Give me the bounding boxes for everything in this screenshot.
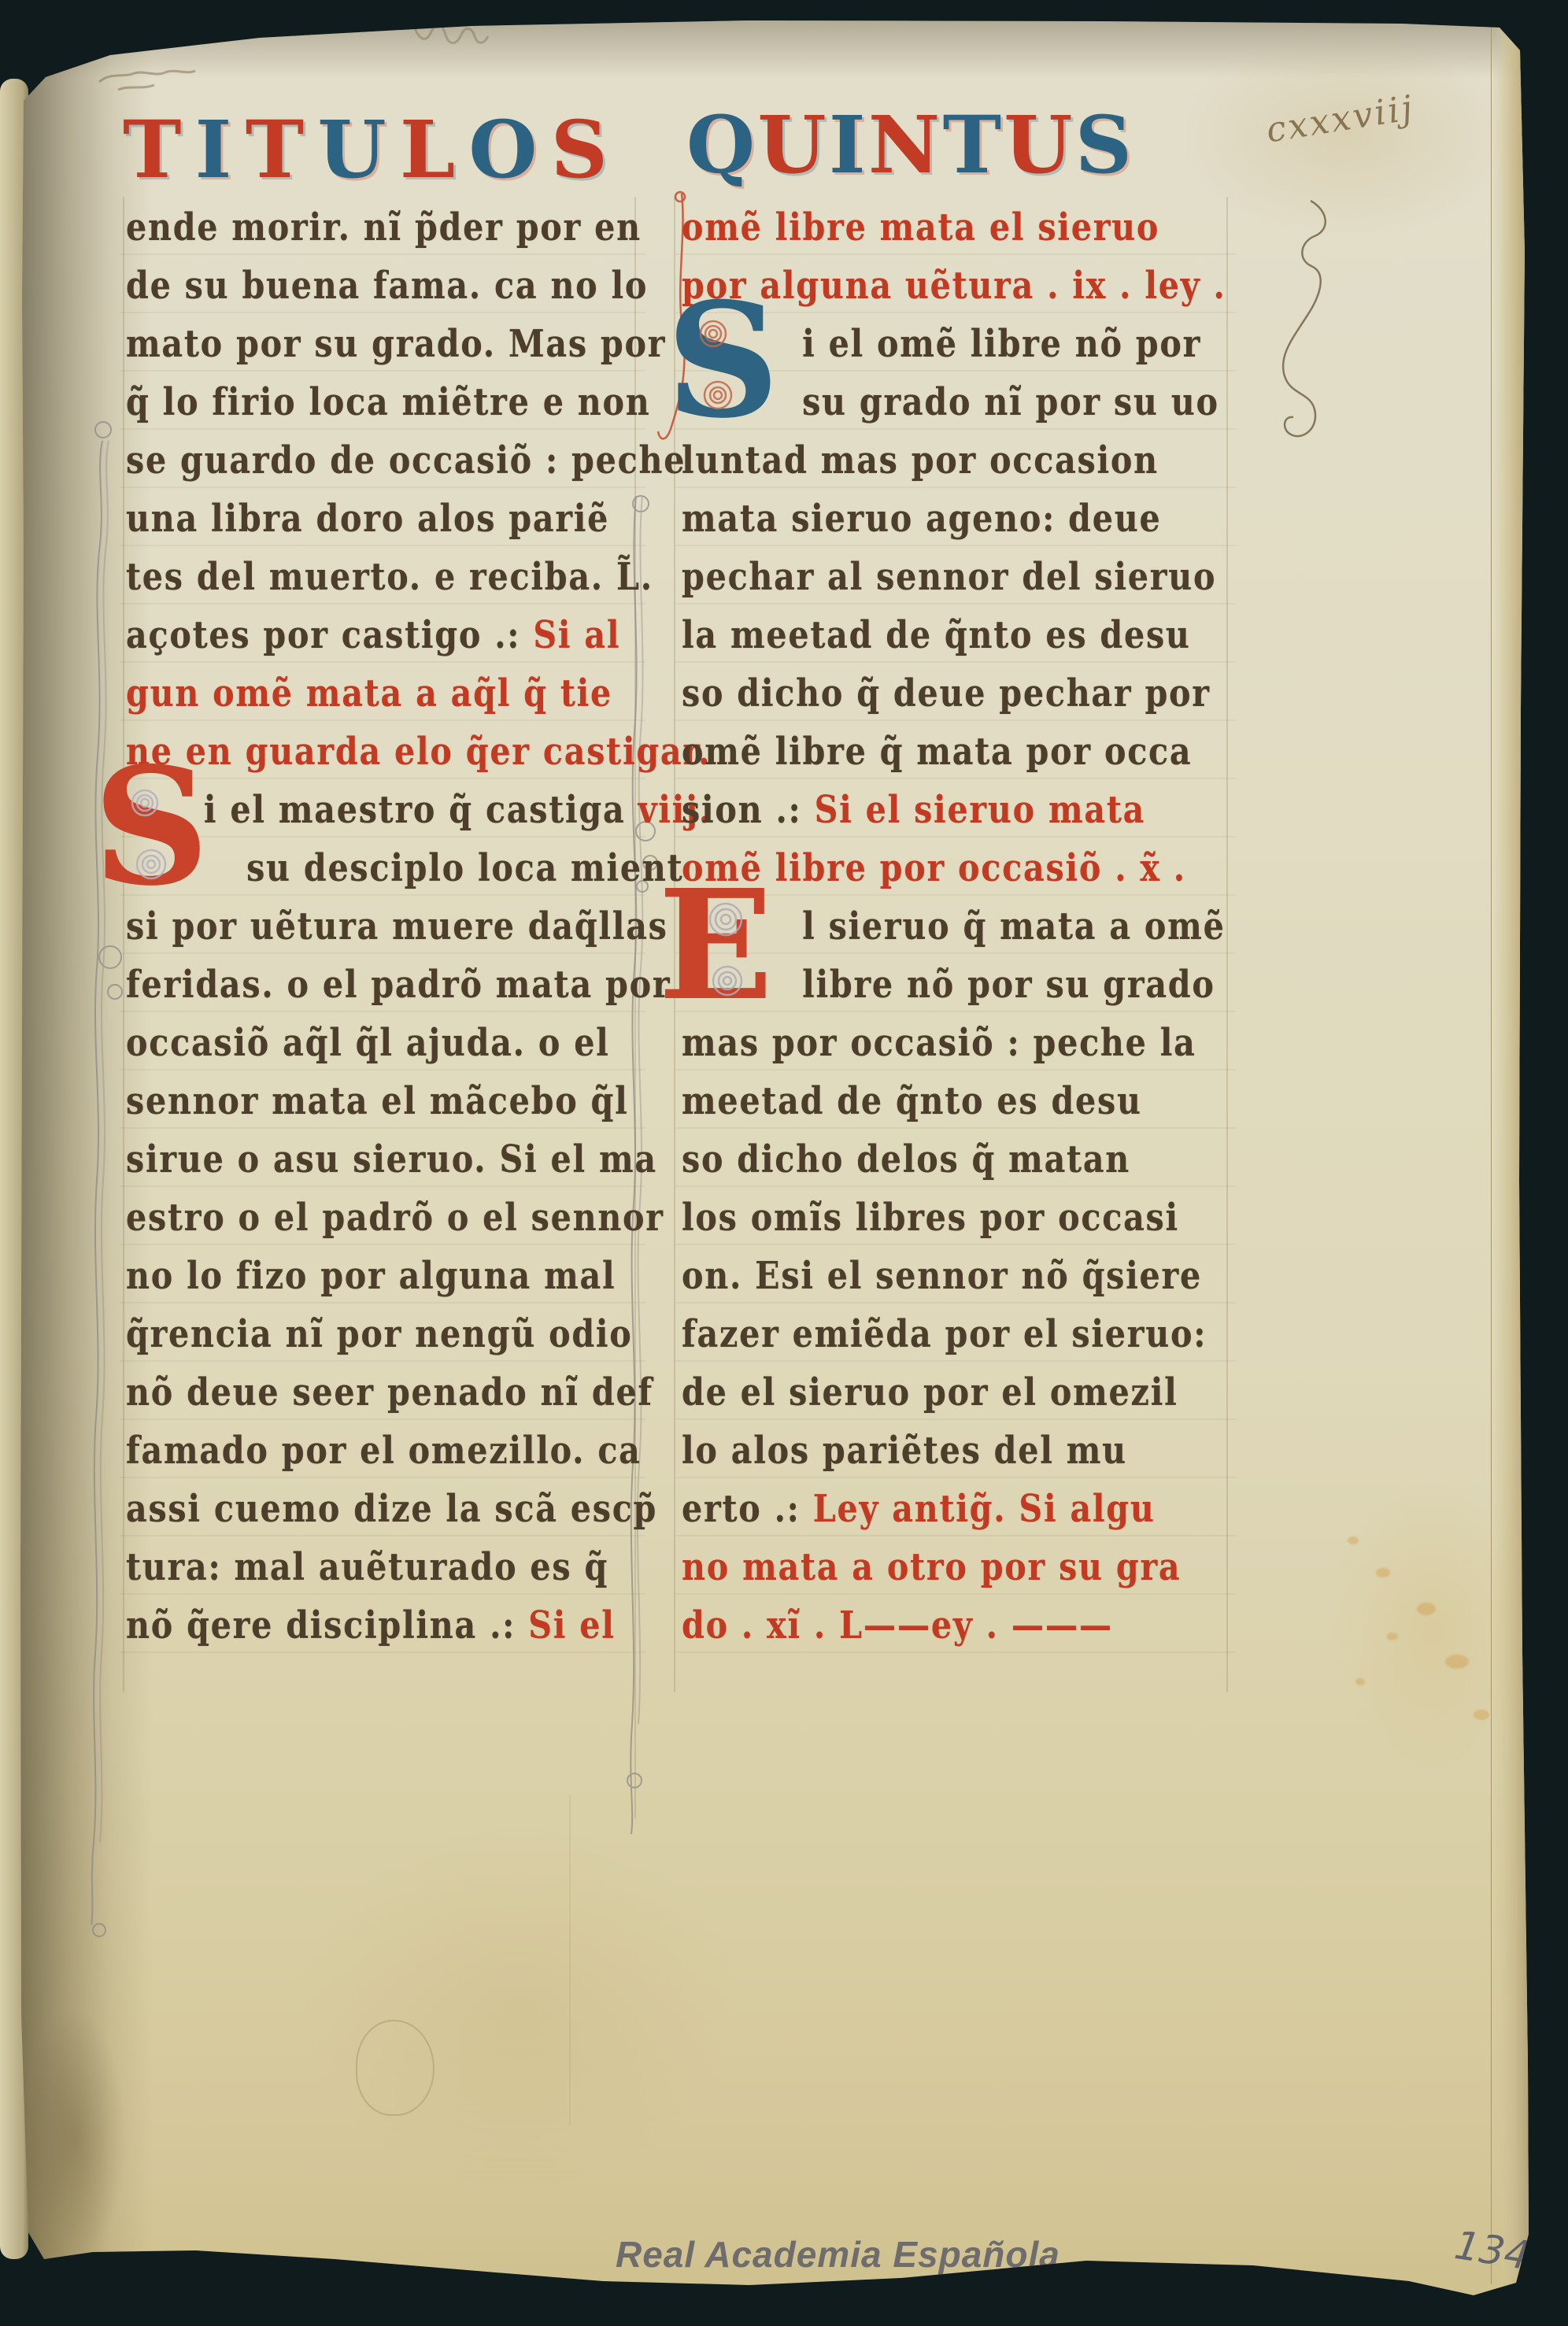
body-text: se guardo de occasiõ : peche — [126, 438, 686, 483]
text-line: erto .: Ley antig̃. Si algu — [682, 1480, 1231, 1538]
text-line: no mata a otro por su gra — [682, 1538, 1231, 1596]
body-text: sirue o asu sieruo. Si el ma — [126, 1137, 657, 1181]
lombardic-letter: U — [757, 101, 826, 189]
text-line: la meetad de q̃nto es desu — [682, 606, 1231, 664]
parchment-page: TITULOS QUINTUS cxxxviij S S — [0, 0, 1568, 2326]
text-line: fazer emiẽda por el sieruo: — [682, 1305, 1231, 1363]
text-line: q̃ lo firio loca miẽtre e non — [126, 373, 641, 431]
text-line: omẽ libre mata el sieruo — [682, 198, 1231, 257]
lombardic-letter: I — [829, 101, 866, 189]
text-line: q̃rencia nĩ por nengũ odio — [126, 1305, 641, 1363]
rubric-text: gun omẽ mata a aq̃l q̃ tie — [126, 671, 612, 716]
body-text: la meetad de q̃nto es desu — [682, 613, 1191, 657]
text-line: pechar al sennor del sieruo — [682, 548, 1231, 606]
body-text: de su buena fama. ca no lo — [126, 264, 648, 308]
body-text: sion .: — [682, 788, 815, 832]
text-line: so dicho q̃ deue pechar por — [682, 664, 1231, 723]
lombardic-letter: Q — [686, 101, 755, 189]
body-text: i el maestro q̃ castiga — [204, 788, 638, 832]
faint-scribble-top-center — [415, 25, 488, 43]
lombardic-letter: S — [1075, 101, 1132, 189]
body-text: on. Esi el sennor nõ q̃siere — [682, 1254, 1202, 1298]
body-text: mato por su grado. Mas por — [126, 322, 666, 366]
rubric-text: do . xĩ . L——ey . ——— — [682, 1603, 1113, 1647]
text-line: de su buena fama. ca no lo — [126, 257, 641, 315]
running-title-left: TITULOS — [123, 105, 608, 194]
rubric-text: no mata a otro por su gra — [682, 1545, 1181, 1589]
text-line: gun omẽ mata a aq̃l q̃ tie — [126, 664, 641, 723]
text-line: de el sieruo por el omezil — [682, 1363, 1231, 1422]
text-line: nõ deue seer penado nĩ def — [126, 1363, 641, 1422]
rubric-text: Si el sieruo mata — [815, 788, 1146, 832]
text-line: estro o el padrõ o el sennor — [126, 1189, 641, 1247]
lombardic-letter: I — [195, 105, 232, 194]
text-line: ende morir. nĩ p̃der por en — [126, 198, 641, 257]
rubric-text: Ley antig̃. Si algu — [813, 1487, 1156, 1531]
text-line: mata sieruo ageno: deue — [682, 490, 1231, 548]
text-line: tura: mal auẽturado es q̃ — [126, 1538, 641, 1596]
body-text: q̃ lo firio loca miẽtre e non — [126, 380, 651, 424]
rubric-text: Si al — [533, 613, 620, 657]
lombardic-letter: T — [943, 101, 1001, 189]
text-line: una libra doro alos pariẽ — [126, 490, 641, 548]
body-text: so dicho q̃ deue pechar por — [682, 671, 1211, 716]
text-line: sion .: Si el sieruo mata — [682, 781, 1231, 839]
initial-letter: E — [658, 857, 773, 1034]
text-line: se guardo de occasiõ : peche — [126, 431, 641, 490]
body-text: tura: mal auẽturado es q̃ — [126, 1545, 608, 1589]
lombardic-letter: U — [317, 105, 386, 194]
text-line: sirue o asu sieruo. Si el ma — [126, 1130, 641, 1189]
body-text: assi cuemo dize la scã escp̃ — [126, 1487, 657, 1531]
illuminated-initial-s-right: S — [666, 293, 779, 430]
rubric-text: omẽ libre mata el sieruo — [682, 205, 1159, 250]
body-text: l sieruo q̃ mata a omẽ — [802, 904, 1225, 949]
lombardic-letter: U — [1004, 101, 1072, 189]
body-text: açotes por castigo .: — [126, 613, 533, 657]
body-text: tes del muerto. e reciba. L̃. — [126, 555, 653, 599]
rubric-text: ne en guarda elo q̃er castigar. — [126, 730, 711, 774]
body-text: una libra doro alos pariẽ — [126, 497, 609, 541]
body-text: q̃rencia nĩ por nengũ odio — [126, 1312, 633, 1356]
left-margin-filigree — [91, 422, 122, 1936]
body-text: pechar al sennor del sieruo — [682, 555, 1216, 599]
text-line: meetad de q̃nto es desu — [682, 1072, 1231, 1130]
body-text: nõ deue seer penado nĩ def — [126, 1370, 653, 1414]
text-line: omẽ libre q̃ mata por occa — [682, 723, 1231, 781]
text-line: los omĩs libres por occasi — [682, 1189, 1231, 1247]
illuminated-initial-s-left: S — [93, 757, 209, 897]
text-line: lo alos pariẽtes del mu — [682, 1422, 1231, 1480]
body-text: no lo fizo por alguna mal — [126, 1254, 616, 1298]
text-line: nõ q̃ere disciplina .: Si el — [126, 1596, 641, 1655]
lombardic-letter: N — [868, 101, 940, 189]
text-line: tes del muerto. e reciba. L̃. — [126, 548, 641, 606]
initial-letter: S — [93, 733, 209, 922]
body-text: de el sieruo por el omezil — [682, 1370, 1178, 1414]
body-text: estro o el padrõ o el sennor — [126, 1196, 664, 1240]
body-text: so dicho delos q̃ matan — [682, 1137, 1130, 1181]
text-line: occasiõ aq̃l q̃l ajuda. o el — [126, 1014, 641, 1072]
text-line: on. Esi el sennor nõ q̃siere — [682, 1247, 1231, 1305]
rubric-text: Si el — [528, 1603, 615, 1647]
body-text: feridas. o el padrõ mata por — [126, 963, 671, 1007]
text-line: no lo fizo por alguna mal — [126, 1247, 641, 1305]
margin-doodle-right — [1283, 201, 1326, 436]
body-text: famado por el omezillo. ca — [126, 1429, 642, 1473]
text-line: mato por su grado. Mas por — [126, 315, 641, 373]
illuminated-initial-e-right: E — [658, 880, 773, 1012]
body-text: nõ q̃ere disciplina .: — [126, 1603, 528, 1647]
lombardic-letter: T — [246, 105, 304, 194]
text-line: do . xĩ . L——ey . ——— — [682, 1596, 1231, 1655]
body-text: ende morir. nĩ p̃der por en — [126, 205, 642, 250]
left-text-column: ende morir. nĩ p̃der por ende su buena f… — [126, 198, 641, 1655]
body-text: meetad de q̃nto es desu — [682, 1079, 1142, 1123]
lombardic-letter: S — [551, 105, 608, 194]
body-text: erto .: — [682, 1487, 813, 1531]
body-text: omẽ libre q̃ mata por occa — [682, 730, 1192, 774]
initial-letter: S — [666, 268, 779, 453]
body-text: fazer emiẽda por el sieruo: — [682, 1312, 1207, 1356]
text-line: so dicho delos q̃ matan — [682, 1130, 1231, 1189]
lombardic-letter: O — [468, 105, 537, 194]
body-text: lo alos pariẽtes del mu — [682, 1429, 1127, 1473]
text-line: famado por el omezillo. ca — [126, 1422, 641, 1480]
body-text: i el omẽ libre nõ por — [802, 322, 1201, 366]
running-title-right: QUINTUS — [686, 101, 1132, 189]
text-line: açotes por castigo .: Si al — [126, 606, 641, 664]
rae-watermark: Real Academia Española — [616, 2234, 1060, 2275]
body-text: su grado nĩ por su uo — [802, 380, 1219, 424]
text-line: assi cuemo dize la scã escp̃ — [126, 1480, 641, 1538]
lombardic-letter: L — [400, 105, 455, 194]
body-text: occasiõ aq̃l q̃l ajuda. o el — [126, 1021, 610, 1065]
text-line: feridas. o el padrõ mata por — [126, 956, 641, 1014]
manuscript-photo: TITULOS QUINTUS cxxxviij S S — [0, 0, 1568, 2326]
lombardic-letter: T — [123, 105, 181, 194]
body-text: sennor mata el mãcebo q̃l — [126, 1079, 629, 1123]
body-text: mata sieruo ageno: deue — [682, 497, 1161, 541]
text-line: sennor mata el mãcebo q̃l — [126, 1072, 641, 1130]
body-text: su desciplo loca mient — [246, 846, 683, 890]
body-text: libre nõ por su grado — [802, 963, 1215, 1007]
body-text: los omĩs libres por occasi — [682, 1196, 1179, 1240]
faint-scribble-top-left — [99, 71, 195, 90]
